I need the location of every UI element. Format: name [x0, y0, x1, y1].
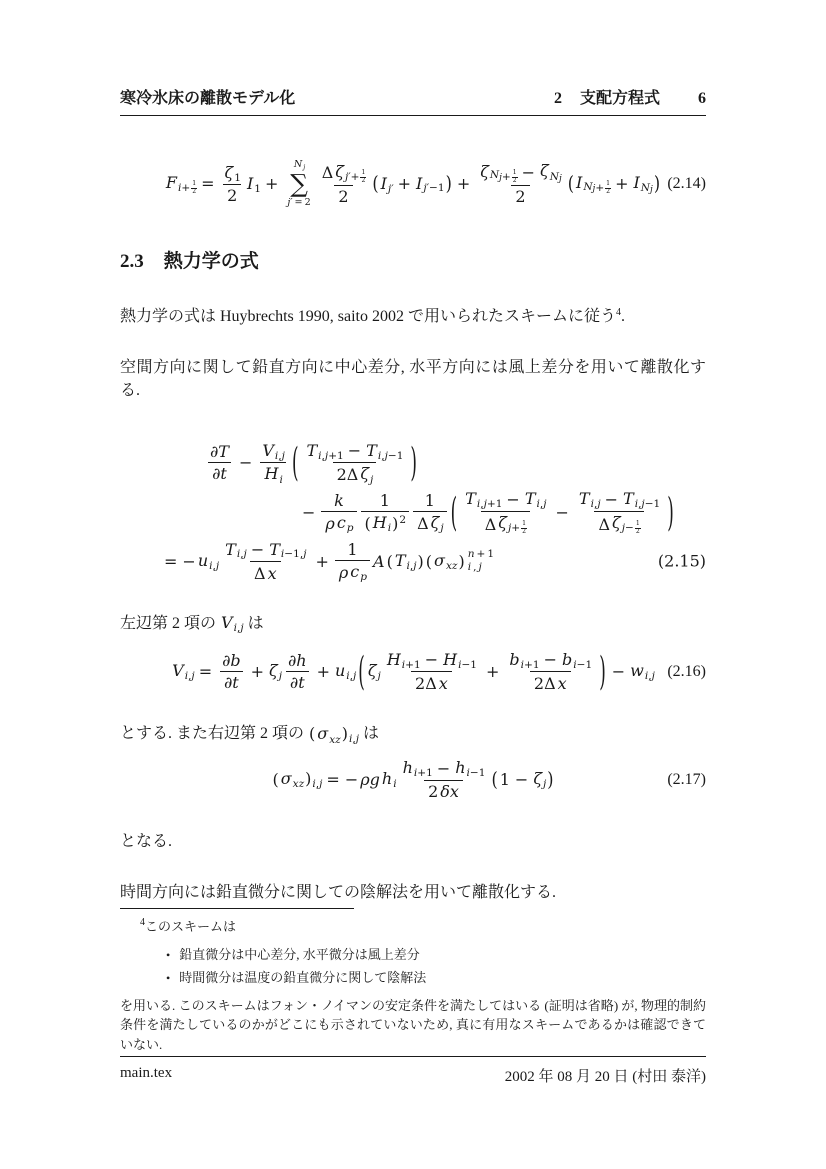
footnote-item-text: 鉛直微分は中心差分, 水平微分は風上差分: [179, 947, 420, 962]
footnote-item: •時間微分は温度の鉛直微分に関して陰解法: [166, 968, 706, 988]
paragraph-text: .: [621, 308, 625, 325]
header-page-number: 6: [698, 90, 706, 107]
page-header: 寒冷氷床の離散モデル化 2 支配方程式 6: [120, 85, 706, 108]
footnote-intro: 4このスキームは: [140, 915, 706, 937]
equation-2-17-math: (σxz)i,j=−ρghihi+1−hi−12δx(1−ζj): [271, 769, 554, 788]
section-title: 熱力学の式: [164, 251, 259, 272]
equation-line: =−ui,jTi,j−Ti−1,jΔx+1ρcpA(Ti,j)(σxz)n+1i…: [160, 539, 706, 583]
paragraph-scheme-reference: 熱力学の式は Huybrechts 1990, saito 2002 で用いられ…: [120, 305, 706, 328]
paragraph-tonaru: となる.: [120, 830, 706, 853]
page-footer: main.tex 2002 年 08 月 20 日 (村田 泰洋): [120, 1056, 706, 1086]
footer-filename: main.tex: [120, 1065, 172, 1086]
equation-2-16-math: Vi,j=∂b∂t+ζj∂h∂t+ui,j(ζjHi+1−Hi−12Δx+bi+…: [171, 661, 655, 680]
section-heading: 2.3熱力学の式: [120, 246, 706, 273]
paragraph-text: は: [359, 725, 379, 742]
section-number: 2.3: [120, 251, 144, 272]
equation-2-16: Vi,j=∂b∂t+ζj∂h∂t+ui,j(ζjHi+1−Hi−12Δx+bi+…: [120, 650, 706, 694]
equation-number: (2.14): [667, 175, 706, 193]
header-chapter: 2 支配方程式 6: [540, 85, 706, 108]
paragraph-text: 熱力学の式は Huybrechts 1990, saito 2002 で用いられ…: [120, 308, 616, 325]
paragraph-time-direction: 時間方向には鉛直微分に関しての陰解法を用いて離散化する.: [120, 881, 706, 904]
header-rule: [120, 115, 706, 116]
footnote-item-text: 時間微分は温度の鉛直微分に関して陰解法: [179, 970, 426, 985]
paragraph-text: 左辺第 2 項の: [120, 615, 220, 632]
footnote-body: を用いる. このスキームはフォン・ノイマンの安定条件を満たしてはいる (証明は省…: [120, 996, 706, 1055]
header-chapter-number: 2: [554, 90, 562, 107]
bullet-icon: •: [166, 948, 170, 962]
equation-number: (2.15): [658, 552, 706, 571]
equation-number: (2.16): [667, 663, 706, 681]
equation-2-14: Fi+12=ζ12I1+Nj∑j′=2Δζj′+122(Ij′+Ij′−1)+ζ…: [120, 160, 706, 208]
footnote-list: •鉛直微分は中心差分, 水平微分は風上差分 •時間微分は温度の鉛直微分に関して陰…: [166, 945, 706, 988]
document-page: 寒冷氷床の離散モデル化 2 支配方程式 6 Fi+12=ζ12I1+Nj∑j′=…: [0, 0, 826, 1169]
equation-number: (2.17): [667, 771, 706, 789]
equation-2-15: ∂T∂t−Vi,jHi(Ti,j+1−Ti,j−12Δζj) −kρcp1(Hi…: [120, 440, 706, 583]
header-chapter-title: 支配方程式: [580, 90, 660, 107]
equation-line: ∂T∂t−Vi,jHi(Ti,j+1−Ti,j−12Δζj): [204, 440, 706, 485]
equation-2-14-math: Fi+12=ζ12I1+Nj∑j′=2Δζj′+122(Ij′+Ij′−1)+ζ…: [165, 173, 661, 192]
paragraph-text: とする. また右辺第 2 項の: [120, 725, 308, 742]
footnote-intro-text: このスキームは: [145, 919, 236, 934]
inline-math-sigma: (σxz)i,j: [308, 723, 359, 742]
footnote: 4このスキームは •鉛直微分は中心差分, 水平微分は風上差分 •時間微分は温度の…: [120, 908, 706, 1054]
footer-date-author: 2002 年 08 月 20 日 (村田 泰洋): [505, 1065, 706, 1086]
paragraph-rhs-term: とする. また右辺第 2 項の (σxz)i,j は: [120, 721, 706, 745]
inline-math-vij: Vi,j: [220, 613, 244, 632]
footer-rule: [120, 1056, 706, 1057]
equation-2-17: (σxz)i,j=−ρghihi+1−hi−12δx(1−ζj) (2.17): [120, 758, 706, 802]
footnote-rule: [120, 908, 354, 909]
paragraph-text: は: [244, 615, 264, 632]
header-running-title: 寒冷氷床の離散モデル化: [120, 85, 295, 108]
equation-line: −kρcp1(Hi)21Δζj(Ti,j+1−Ti,jΔζj+12−Ti,j−T…: [298, 489, 706, 535]
footnote-item: •鉛直微分は中心差分, 水平微分は風上差分: [166, 945, 706, 965]
paragraph-lhs-term: 左辺第 2 項の Vi,j は: [120, 611, 706, 635]
bullet-icon: •: [166, 971, 170, 985]
paragraph-discretization: 空間方向に関して鉛直方向に中心差分, 水平方向には風上差分を用いて離散化する.: [120, 356, 706, 402]
